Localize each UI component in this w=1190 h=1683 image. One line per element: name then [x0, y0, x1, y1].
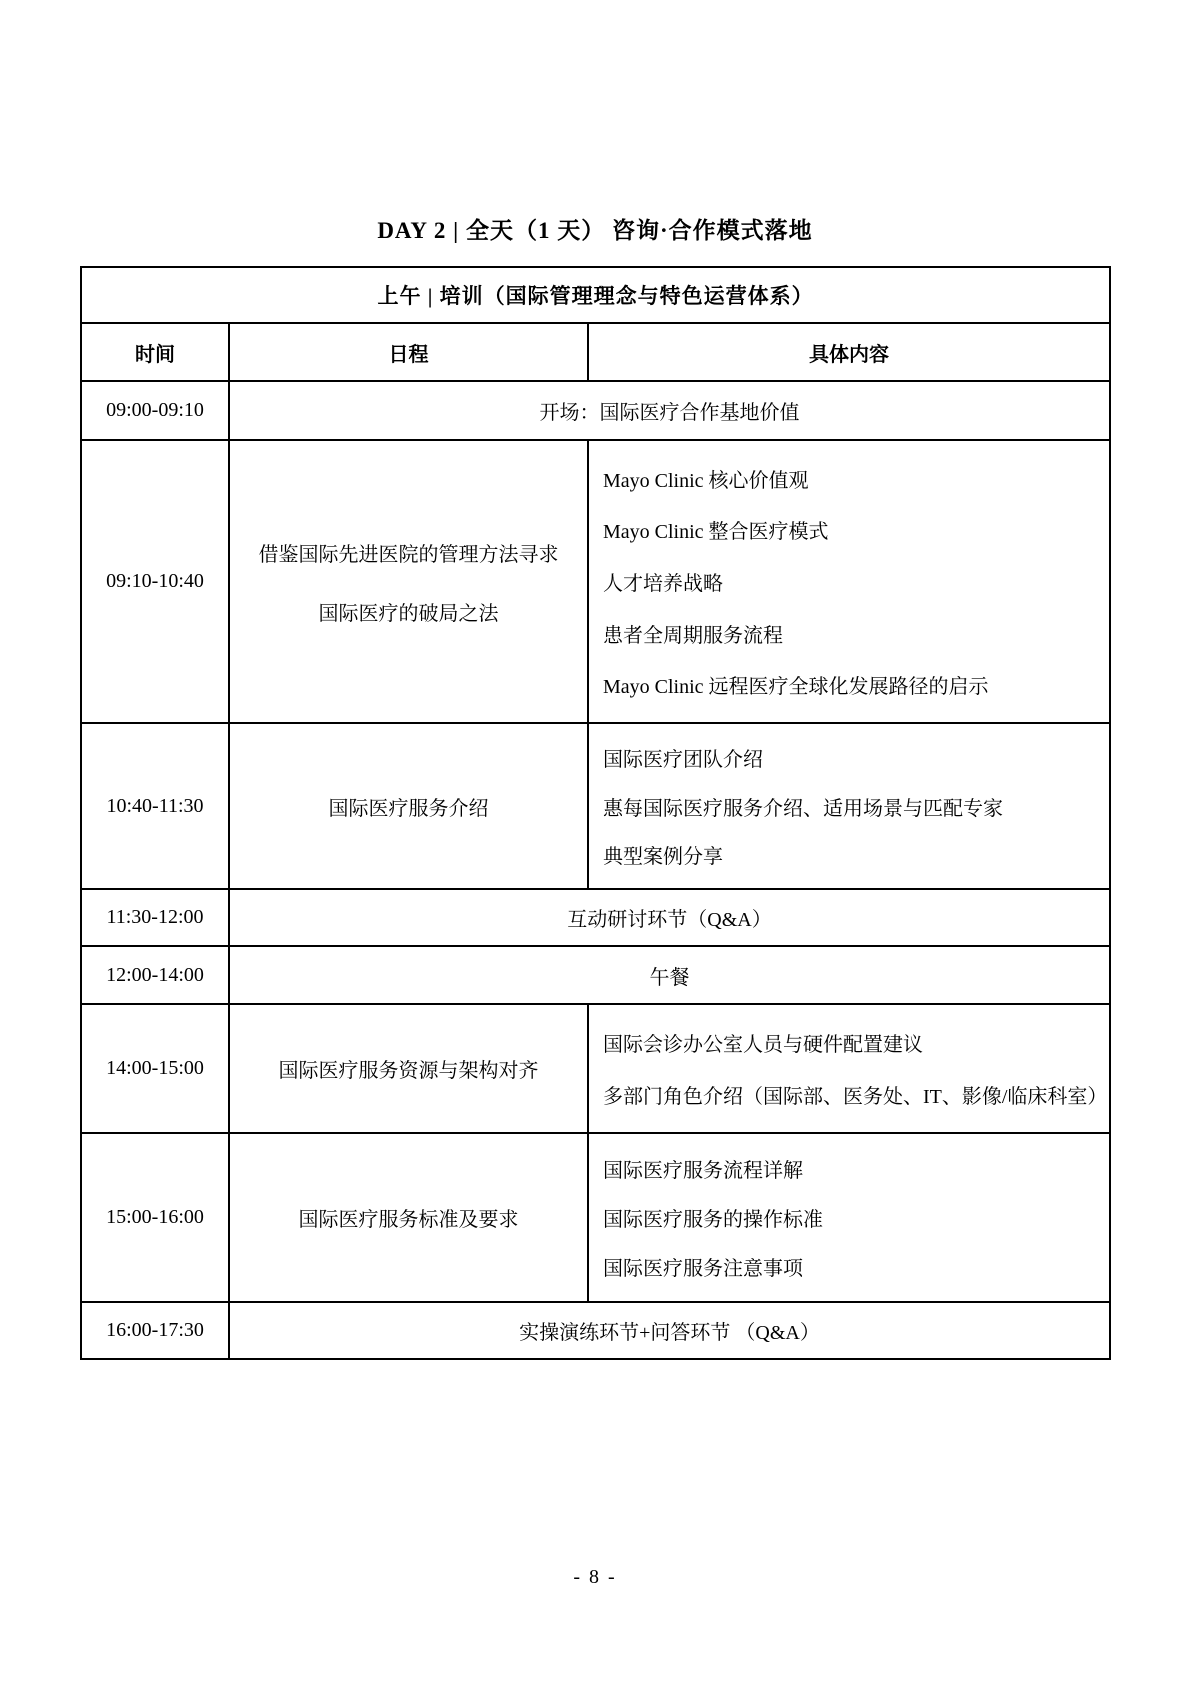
time-cell: 14:00-15:00: [81, 1004, 229, 1133]
agenda-line: 国际医疗服务资源与架构对齐: [279, 1054, 539, 1083]
merged-cell: 午餐: [229, 946, 1110, 1004]
agenda-cell: 国际医疗服务介绍: [229, 723, 588, 889]
agenda-line: 国际医疗服务标准及要求: [299, 1203, 519, 1232]
detail-cell: 国际医疗团队介绍 惠每国际医疗服务介绍、适用场景与匹配专家 典型案例分享: [588, 723, 1110, 889]
agenda-cell: 国际医疗服务资源与架构对齐: [229, 1004, 588, 1133]
table-row: 10:40-11:30 国际医疗服务介绍 国际医疗团队介绍 惠每国际医疗服务介绍…: [81, 723, 1110, 889]
time-cell: 09:00-09:10: [81, 381, 229, 440]
table-row: 上午 | 培训（国际管理理念与特色运营体系）: [81, 267, 1110, 323]
time-cell: 15:00-16:00: [81, 1133, 229, 1302]
agenda-line: 国际医疗的破局之法: [319, 597, 499, 626]
time-cell: 12:00-14:00: [81, 946, 229, 1004]
table-row: 16:00-17:30 实操演练环节+问答环节 （Q&A）: [81, 1302, 1110, 1359]
merged-cell: 实操演练环节+问答环节 （Q&A）: [229, 1302, 1110, 1359]
time-cell: 10:40-11:30: [81, 723, 229, 889]
column-header-agenda: 日程: [229, 323, 588, 381]
detail-cell: Mayo Clinic 核心价值观 Mayo Clinic 整合医疗模式 人才培…: [588, 440, 1110, 723]
table-row: 14:00-15:00 国际医疗服务资源与架构对齐 国际会诊办公室人员与硬件配置…: [81, 1004, 1110, 1133]
table-row: 11:30-12:00 互动研讨环节（Q&A）: [81, 889, 1110, 946]
detail-line: 惠每国际医疗服务介绍、适用场景与匹配专家: [603, 792, 1103, 821]
table-row: 15:00-16:00 国际医疗服务标准及要求 国际医疗服务流程详解 国际医疗服…: [81, 1133, 1110, 1302]
time-cell: 09:10-10:40: [81, 440, 229, 723]
detail-line: 典型案例分享: [603, 840, 1103, 869]
merged-cell: 开场：国际医疗合作基地价值: [229, 381, 1110, 440]
schedule-table: 上午 | 培训（国际管理理念与特色运营体系） 时间 日程 具体内容 09:00-…: [80, 266, 1111, 1360]
time-cell: 11:30-12:00: [81, 889, 229, 946]
detail-line: Mayo Clinic 远程医疗全球化发展路径的启示: [603, 670, 1103, 699]
page-number: - 8 -: [0, 1566, 1190, 1589]
detail-line: Mayo Clinic 核心价值观: [603, 464, 1103, 493]
table-row: 09:00-09:10 开场：国际医疗合作基地价值: [81, 381, 1110, 440]
detail-line: 人才培养战略: [603, 567, 1103, 596]
column-header-time: 时间: [81, 323, 229, 381]
table-row: 09:10-10:40 借鉴国际先进医院的管理方法寻求 国际医疗的破局之法 Ma…: [81, 440, 1110, 723]
table-subtitle: 上午 | 培训（国际管理理念与特色运营体系）: [81, 267, 1110, 323]
agenda-line: 国际医疗服务介绍: [329, 792, 489, 821]
detail-line: Mayo Clinic 整合医疗模式: [603, 515, 1103, 544]
merged-cell: 互动研讨环节（Q&A）: [229, 889, 1110, 946]
detail-line: 国际医疗服务的操作标准: [603, 1203, 1103, 1232]
agenda-line: 借鉴国际先进医院的管理方法寻求: [259, 538, 559, 567]
detail-line: 多部门角色介绍（国际部、医务处、IT、影像/临床科室）: [603, 1080, 1103, 1109]
table-header-row: 时间 日程 具体内容: [81, 323, 1110, 381]
table-row: 12:00-14:00 午餐: [81, 946, 1110, 1004]
column-header-content: 具体内容: [588, 323, 1110, 381]
detail-line: 国际医疗服务注意事项: [603, 1252, 1103, 1281]
page-title: DAY 2 | 全天（1 天） 咨询·合作模式落地: [0, 212, 1190, 245]
agenda-cell: 借鉴国际先进医院的管理方法寻求 国际医疗的破局之法: [229, 440, 588, 723]
agenda-cell: 国际医疗服务标准及要求: [229, 1133, 588, 1302]
time-cell: 16:00-17:30: [81, 1302, 229, 1359]
detail-line: 国际医疗服务流程详解: [603, 1154, 1103, 1183]
detail-line: 国际医疗团队介绍: [603, 743, 1103, 772]
detail-cell: 国际医疗服务流程详解 国际医疗服务的操作标准 国际医疗服务注意事项: [588, 1133, 1110, 1302]
detail-line: 患者全周期服务流程: [603, 619, 1103, 648]
detail-cell: 国际会诊办公室人员与硬件配置建议 多部门角色介绍（国际部、医务处、IT、影像/临…: [588, 1004, 1110, 1133]
detail-line: 国际会诊办公室人员与硬件配置建议: [603, 1028, 1103, 1057]
